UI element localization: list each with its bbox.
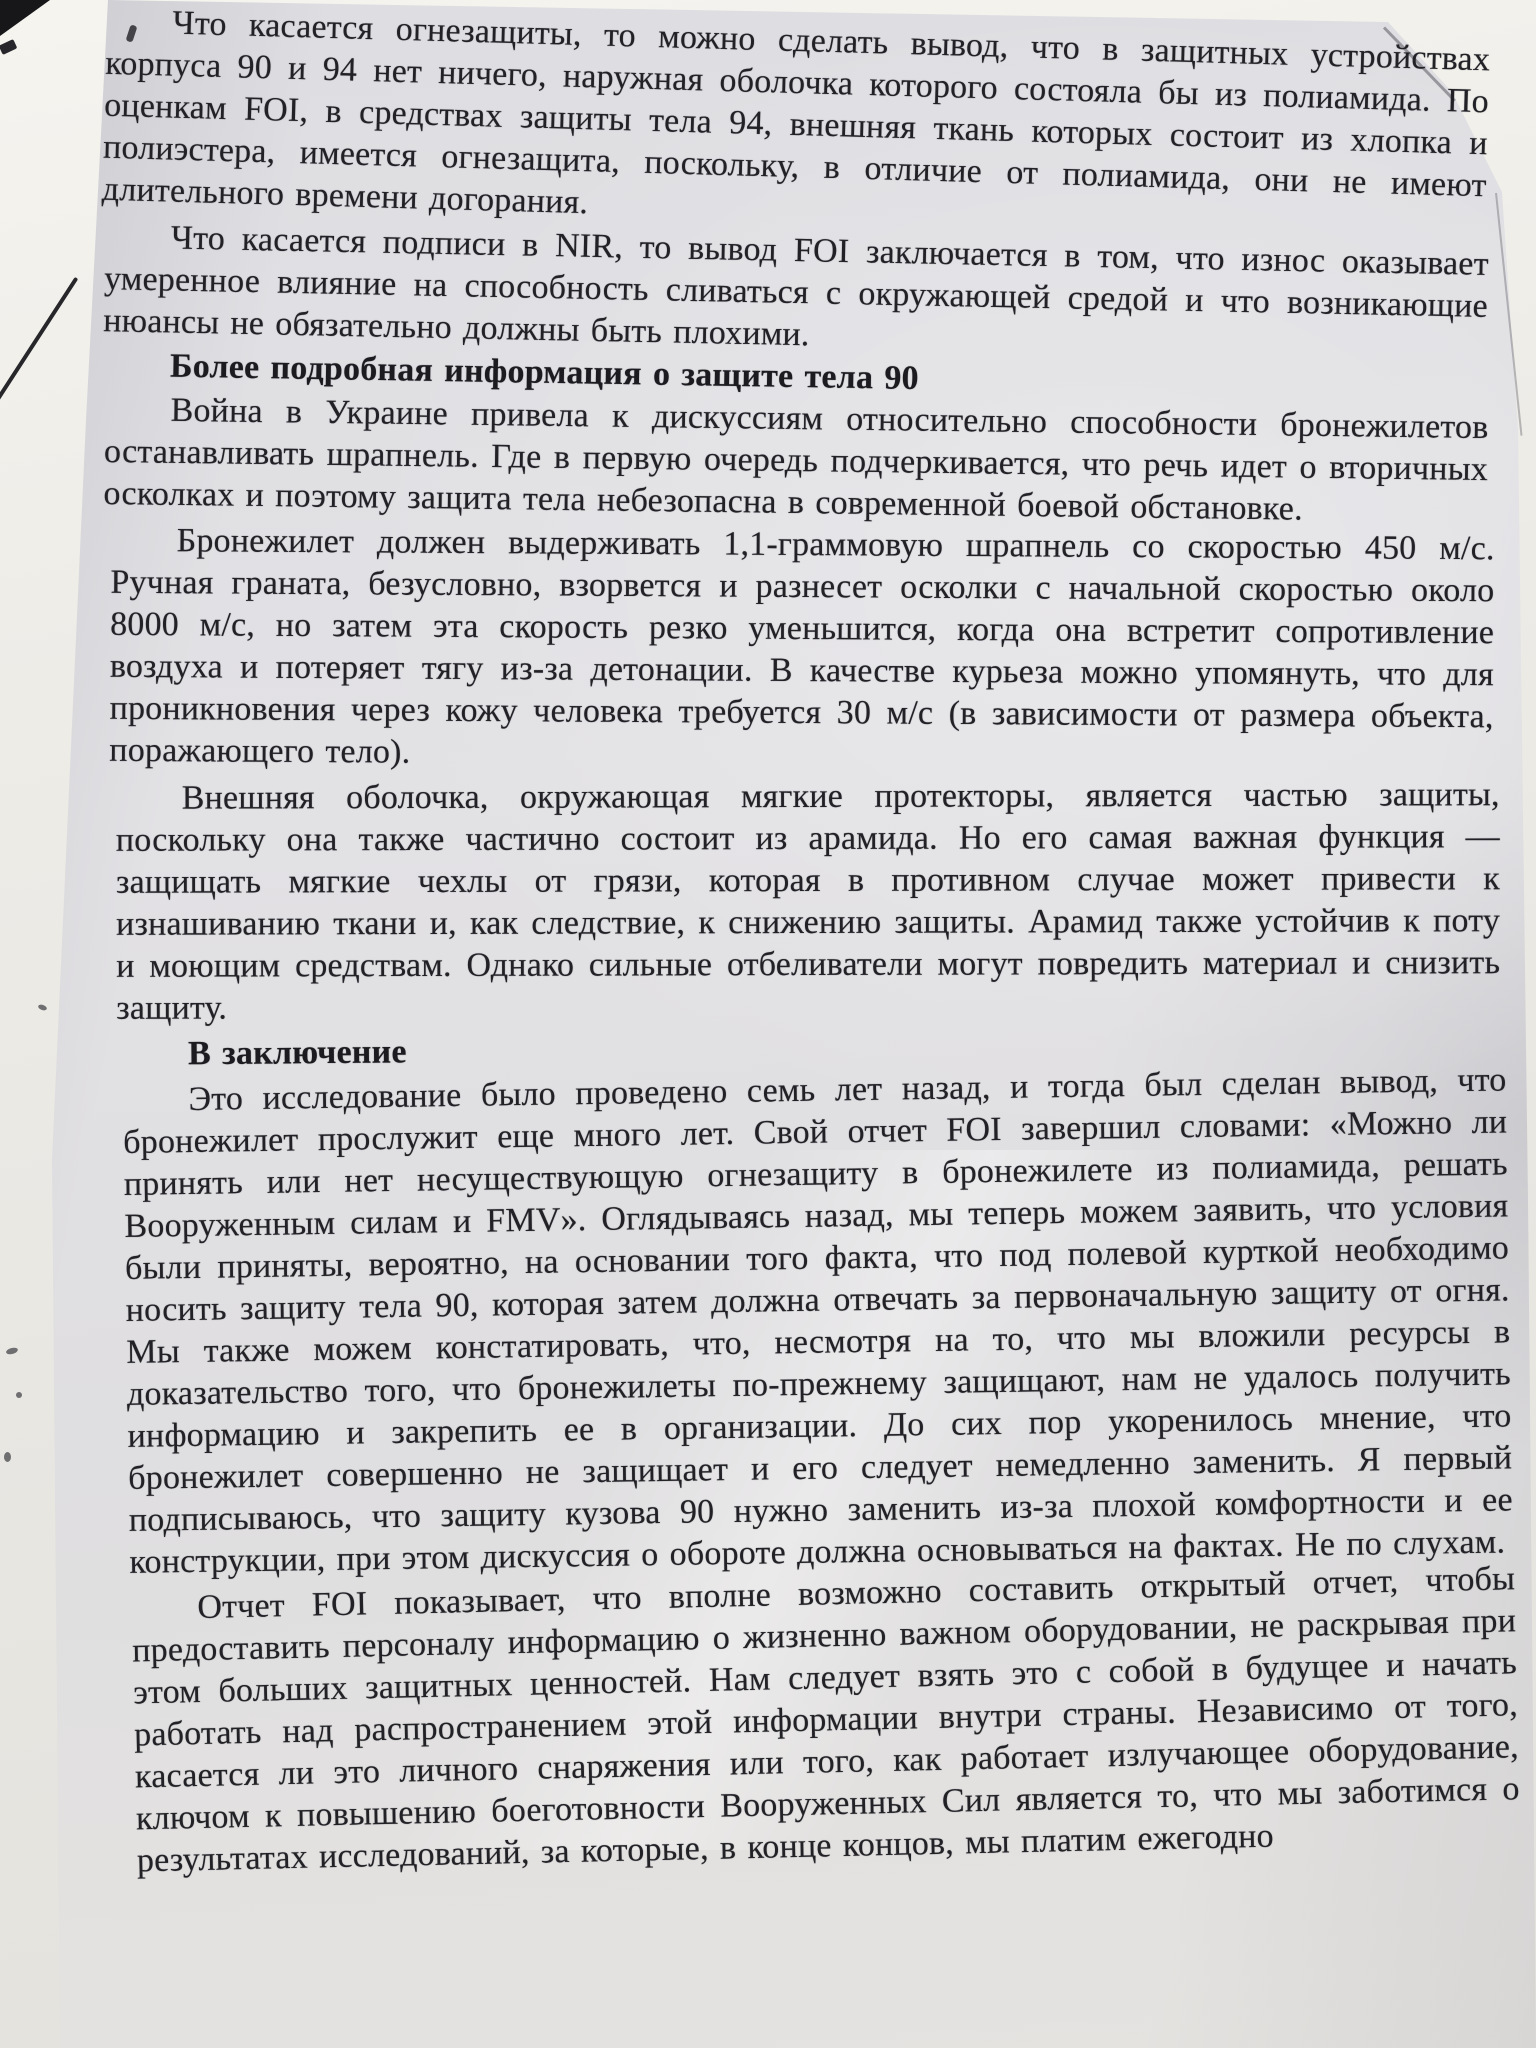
paragraph-nir-signature: Что касается подписи в NIR, то вывод FOI… <box>103 216 1489 370</box>
paragraph-shrapnel-speed: Бронежилет должен выдерживать 1,1-граммо… <box>109 520 1495 780</box>
paragraph-conclusion-study: Это исследование было проведено семь лет… <box>122 1059 1513 1583</box>
paragraph-outer-shell-aramid: Внешняя оболочка, окружающая мягкие прот… <box>116 774 1501 1030</box>
document-text: Что касается огнезащиты, то можно сделат… <box>104 20 1488 1868</box>
paragraph-fire-protection: Что касается огнезащиты, то можно сделат… <box>101 1 1490 250</box>
diagonal-edge-line <box>0 277 78 403</box>
paper-speck <box>37 1004 47 1012</box>
paper-speck <box>5 1347 18 1356</box>
document-photo: Что касается огнезащиты, то можно сделат… <box>0 0 1536 2048</box>
corner-shadow <box>0 0 50 36</box>
paragraph-ukraine-war: Война в Украине привела к дискуссиям отн… <box>103 389 1489 533</box>
corner-shadow-small <box>0 39 17 55</box>
paper-speck <box>4 1452 11 1462</box>
paper-speck <box>16 1392 22 1398</box>
paragraph-foi-open-report: Отчет FOI показывает, что вполне возможн… <box>131 1558 1521 1882</box>
